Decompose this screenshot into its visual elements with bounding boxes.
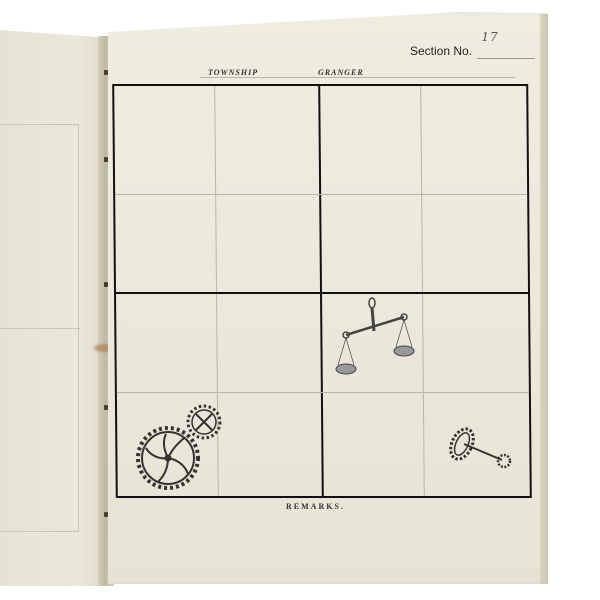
binding-stitch — [104, 405, 108, 410]
balance-scale-icon — [332, 293, 422, 383]
gear-pair-icon — [134, 402, 226, 494]
section-field: 17 — [477, 44, 535, 59]
remarks-heading: REMARKS. — [286, 502, 345, 511]
section-label: Section No. — [410, 44, 472, 58]
grid-hline-thin — [115, 194, 527, 195]
binding-stitch — [104, 282, 108, 287]
binding-stitch — [104, 70, 108, 75]
grid-vline-thin — [420, 86, 425, 496]
grid-hline-thick — [116, 292, 528, 294]
header-rule — [200, 77, 515, 78]
page-edge — [540, 14, 548, 584]
township-label: TOWNSHIP — [208, 68, 258, 77]
left-page — [0, 28, 112, 586]
binding-stitch — [104, 512, 108, 517]
binding-stitch — [104, 157, 108, 162]
grid-vline-thick — [318, 86, 324, 496]
section-number: Section No. 17 — [410, 44, 535, 59]
gear-axle-icon — [446, 420, 516, 472]
grid-hline-thin — [117, 392, 529, 393]
township-value: GRANGER — [318, 68, 364, 77]
section-value: 17 — [481, 30, 498, 44]
left-page-divider — [0, 328, 80, 329]
